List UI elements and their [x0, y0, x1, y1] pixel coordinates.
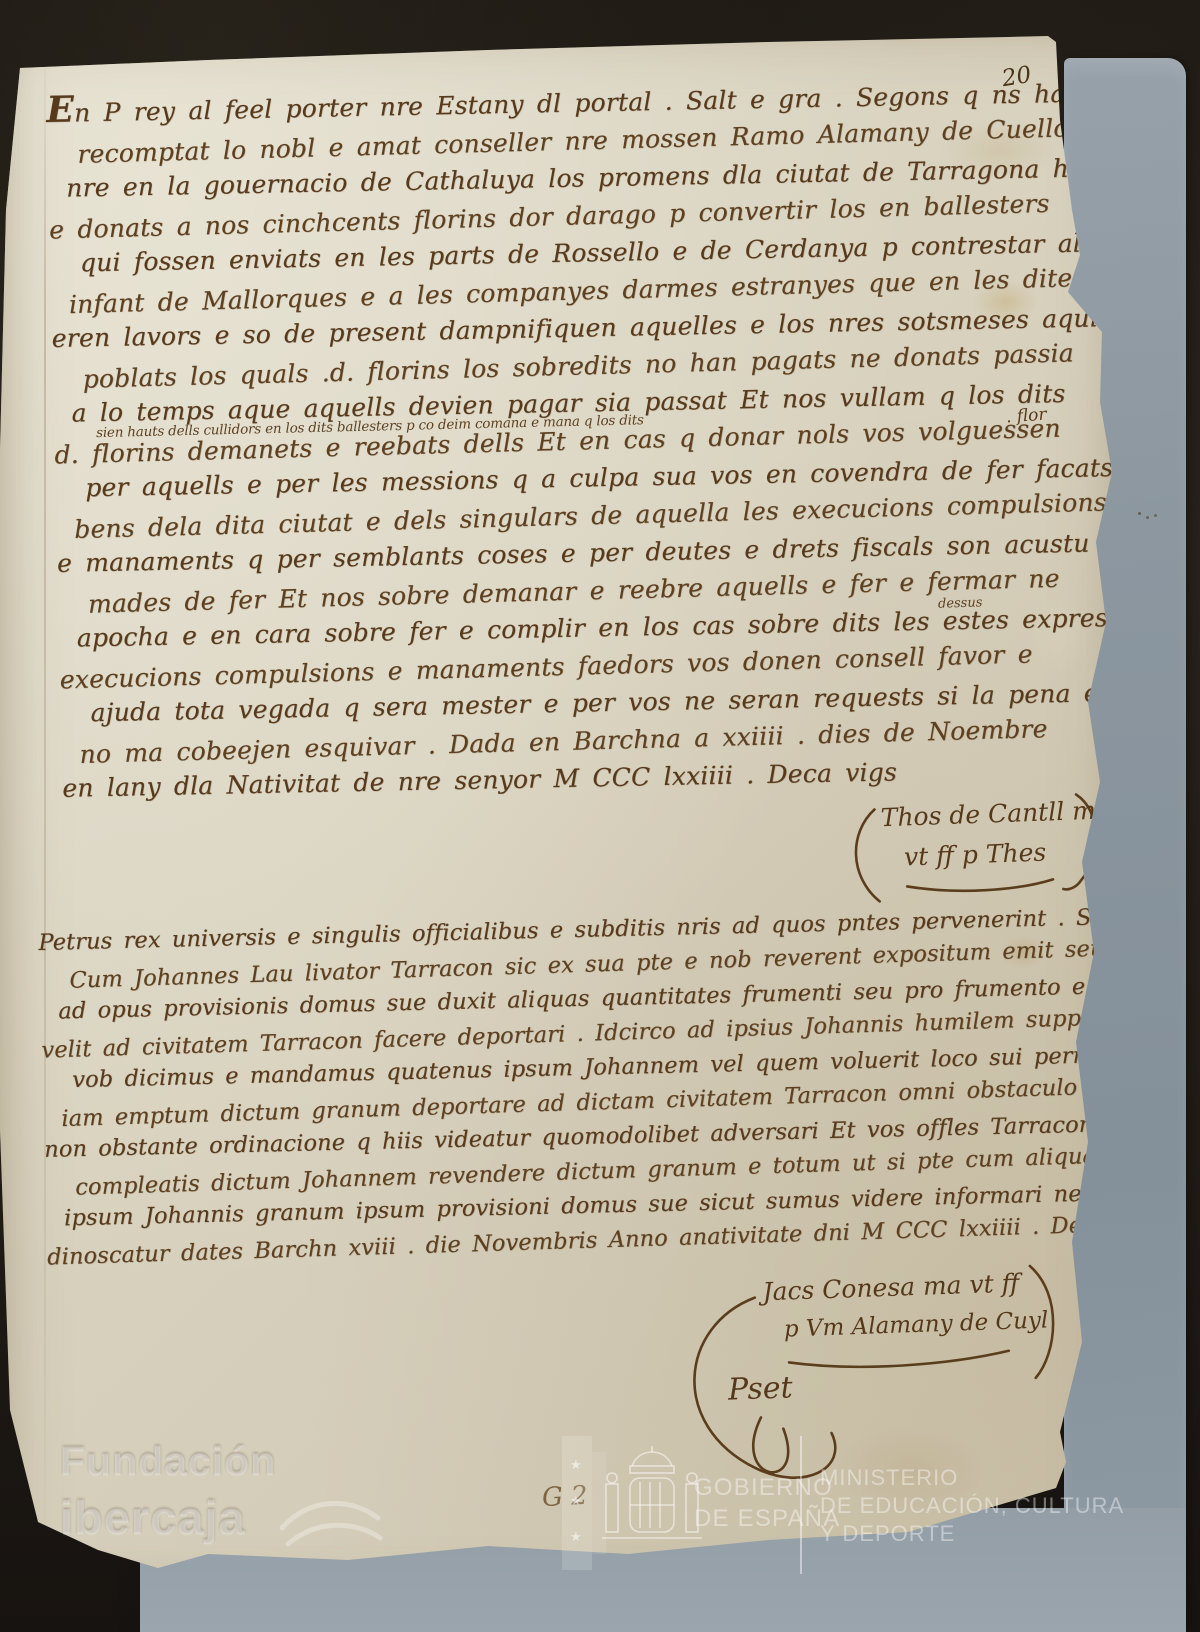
ministerio-line1: MINISTERIO [820, 1464, 1124, 1492]
signature-block-1: Thos de Cantll ma vt ff p Thes [844, 787, 1108, 916]
margin-note: . flor [1005, 405, 1047, 428]
ibercaja-watermark-line2: ibercaja [60, 1490, 276, 1545]
superscript-note: dessus [938, 595, 983, 612]
gobierno-line1: GOBIERNO [694, 1472, 840, 1503]
gobierno-line2: DE ESPAÑA [694, 1503, 840, 1534]
star-icon: ★ [570, 1530, 582, 1545]
manuscript-page: 20 En P rey al feel porter nre Estany dl… [0, 30, 1120, 1610]
archive-scan-viewer: { "folio_number": "20", "document1": { "… [0, 0, 1200, 1632]
eu-stars-bar-watermark: ★ ★ ★ [562, 1436, 592, 1570]
watermark-divider [800, 1436, 802, 1574]
signature-note: vt ff p Thes [904, 838, 1047, 872]
star-icon: ★ [570, 1458, 582, 1473]
ibercaja-watermark-line1: Fundación [60, 1438, 276, 1485]
ibercaja-swoosh-icon [276, 1486, 386, 1556]
document1-text-block: En P rey al feel porter nre Estany dl po… [46, 70, 1078, 809]
spain-coat-of-arms-icon [600, 1446, 704, 1566]
document2-text-block: Petrus rex universis e singulis official… [38, 898, 1109, 1273]
gobierno-watermark: GOBIERNO DE ESPAÑA [694, 1472, 840, 1534]
ministerio-watermark: MINISTERIO DE EDUCACIÓN, CULTURA Y DEPOR… [820, 1464, 1124, 1548]
ibercaja-watermark: Fundación ibercaja [60, 1438, 276, 1545]
ministerio-line3: Y DEPORTE [820, 1520, 1124, 1548]
ink-specks [1138, 512, 1141, 515]
ministerio-line2: DE EDUCACIÓN, CULTURA [820, 1492, 1124, 1520]
star-icon: ★ [570, 1494, 582, 1509]
signature-note: Pset [727, 1370, 793, 1407]
paper-crease [44, 30, 46, 1610]
